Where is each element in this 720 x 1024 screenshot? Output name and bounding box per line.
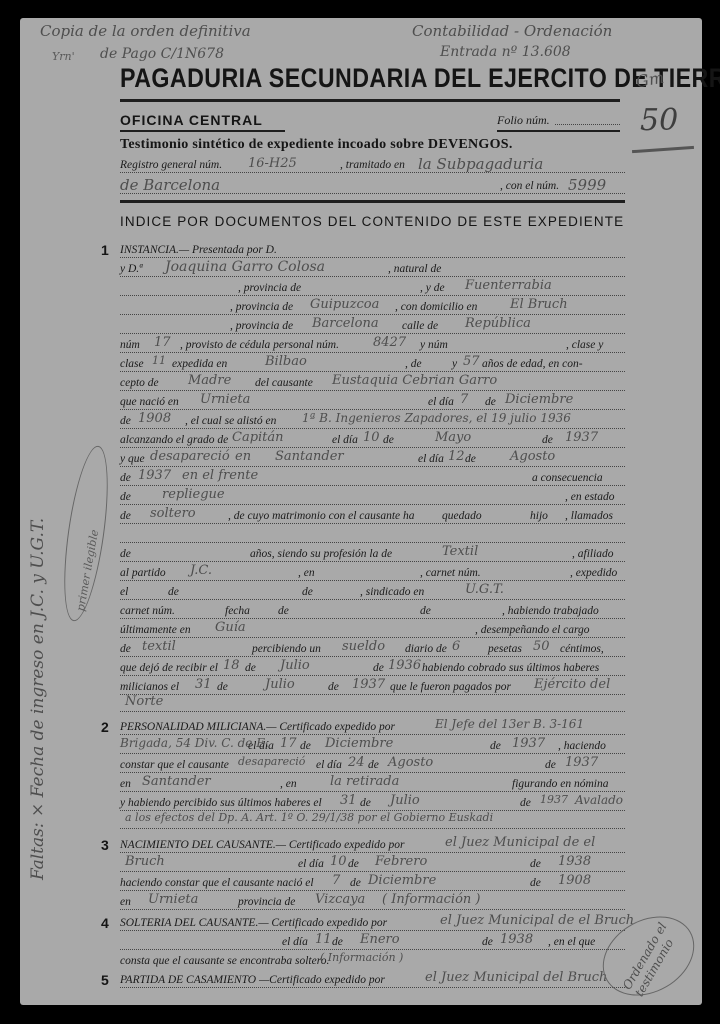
cert-year: 1938 (558, 854, 591, 869)
annotation-copy-order: Copia de la orden definitiva (40, 22, 251, 40)
label: de (278, 605, 289, 617)
mother-province: Guipuzcoa (310, 297, 379, 312)
dotted-line (120, 333, 625, 334)
cert-year: 1938 (500, 932, 533, 947)
label: expedida en (172, 358, 227, 370)
processed-in-city: de Barcelona (120, 176, 220, 194)
s3-row-3: haciendo constar que el causante nació e… (120, 877, 625, 893)
registry-rule (120, 200, 625, 203)
s1-row-18: al partido J.C. , en , carnet núm. , exp… (120, 567, 625, 583)
label: hijo (530, 510, 548, 522)
deceased-name: Eustaquia Cebrian Garro (332, 373, 497, 388)
s2-row-2: Brigada, 54 Div. C. de E. el día 17 de D… (120, 740, 625, 756)
label: el día (298, 858, 324, 870)
information-note: ( Información ) (320, 951, 403, 964)
label: de (300, 740, 311, 752)
label: , el cual se alistó en (185, 415, 276, 427)
s1-row-25: Norte (120, 698, 625, 714)
dotted-line (120, 987, 625, 988)
event: desapareció (150, 449, 230, 464)
label: de (302, 586, 313, 598)
rank-month: Mayo (435, 430, 471, 445)
mother-birthplace: Fuenterrabia (465, 278, 552, 293)
cert-month: Diciembre (325, 736, 393, 751)
label: el día (428, 396, 454, 408)
relationship: Madre (188, 373, 231, 388)
label: , clase y (566, 339, 603, 351)
label: de (120, 472, 131, 484)
dotted-line (120, 871, 625, 872)
dotted-line (120, 276, 625, 277)
s1-row-19: el de de , sindicado en U.G.T. (120, 586, 625, 602)
cert-month: Febrero (375, 854, 427, 869)
event-detail: en el frente (182, 468, 258, 483)
section-number-1: 1 (101, 242, 109, 258)
s1-row-3: , provincia de , y de Fuenterrabia (120, 282, 625, 298)
registry-secondary-number: 5999 (568, 176, 606, 194)
registry-row-1: Registro general núm. 16-H25 , tramitado… (120, 159, 625, 175)
dotted-line (120, 409, 625, 410)
label: que nació en (120, 396, 179, 408)
label: calle de (402, 320, 438, 332)
dotted-line (120, 711, 625, 712)
label: en (120, 896, 131, 908)
label: de (530, 858, 541, 870)
label: de (530, 877, 541, 889)
label: de (360, 797, 371, 809)
label: y núm (420, 339, 448, 351)
s4-row-2: el día 11 de Enero de 1938 , en el que (120, 936, 625, 952)
s2-row-6: a los efectos del Dp. A. Art. 1º O. 29/1… (120, 815, 625, 831)
birth-month: Diciembre (368, 873, 436, 888)
label: constar que el causante (120, 759, 229, 771)
label: cepto de (120, 377, 159, 389)
s1-row-23: que dejó de recibir el 18 de Julio de 19… (120, 662, 625, 678)
label: de (245, 662, 256, 674)
label: , en el que (548, 936, 595, 948)
s2-row-3: constar que el causante desapareció el d… (120, 759, 625, 775)
dotted-line (120, 295, 625, 296)
s1-row-17: de años, siendo su profesión la de Texti… (120, 548, 625, 564)
event-year: 1937 (565, 755, 598, 770)
dotted-line (120, 314, 625, 315)
party: J.C. (190, 563, 212, 578)
information-note: ( Información ) (382, 892, 480, 907)
folio-label: Folio núm. (497, 113, 550, 128)
label: , en estado (565, 491, 615, 503)
label: el (120, 586, 128, 598)
label: de (328, 681, 339, 693)
stamp-number: 50 (640, 103, 678, 138)
with-number-label: , con el núm. (500, 180, 559, 192)
s1-row-6: núm 17 , provisto de cédula personal núm… (120, 339, 625, 355)
job-position: textil (142, 639, 176, 654)
birth-day: 7 (460, 392, 468, 407)
dotted-line (120, 561, 625, 562)
issuer: El Jefe del 13er B. 3-161 (435, 717, 584, 731)
applicant-name: Joaquina Garro Colosa (165, 259, 325, 275)
dotted-line (120, 447, 625, 448)
dotted-line (120, 352, 625, 353)
last-workplace: Guía (215, 620, 246, 635)
s1-row-11: alcanzando el grado de Capitán el día 10… (120, 434, 625, 450)
s2-row-4: en Santander , en la retirada figurando … (120, 778, 625, 794)
label: de (542, 434, 553, 446)
label: años, siendo su profesión la de (250, 548, 392, 560)
label: de (332, 936, 343, 948)
event-day: 24 (348, 755, 365, 770)
dotted-line (120, 656, 625, 657)
label: habiendo cobrado sus últimos haberes (422, 662, 599, 674)
s1-row-5: , provincia de Barcelona calle de Repúbl… (120, 320, 625, 336)
issuer-cont: Brigada, 54 Div. C. de E. (120, 736, 269, 750)
dotted-line (120, 637, 625, 638)
label: y D.ª (120, 263, 142, 275)
label: , de (405, 358, 422, 370)
label: el día (332, 434, 358, 446)
s4-row-1: SOLTERIA DEL CAUSANTE.— Certificado expe… (120, 917, 625, 933)
label: de (120, 548, 131, 560)
militia-year: 1937 (352, 677, 385, 692)
registry-number: 16-H25 (248, 156, 297, 171)
birth-province: Vizcaya (315, 892, 365, 907)
label: , natural de (388, 263, 441, 275)
s1-row-22: de textil percibiendo un sueldo diario d… (120, 643, 625, 659)
label: , afiliado (572, 548, 614, 560)
label: de (368, 759, 379, 771)
label: el día (418, 453, 444, 465)
circumstance: la retirada (330, 774, 399, 789)
dotted-line (120, 694, 625, 695)
s1-row-1: INSTANCIA.— Presentada por D. (120, 244, 625, 260)
event-day: 12 (448, 449, 465, 464)
annotation-accounting: Contabilidad - Ordenación (412, 22, 612, 40)
s4-row-3: consta que el causante se encontraba sol… (120, 955, 625, 971)
rank: Capitán (232, 430, 284, 445)
s3-row-4: en Urnieta provincia de Vizcaya ( Inform… (120, 896, 625, 912)
s1-row-21: últimamente en Guía , desempeñando el ca… (120, 624, 625, 640)
label: y que (120, 453, 145, 465)
cert-day: 17 (280, 736, 297, 751)
cert-day: 10 (330, 854, 347, 869)
label: de (520, 797, 531, 809)
dotted-line (120, 580, 625, 581)
label: , en (298, 567, 315, 579)
s1-row-2: y D.ª Joaquina Garro Colosa , natural de (120, 263, 625, 279)
stop-day: 18 (223, 658, 240, 673)
stop-month: Julio (280, 658, 310, 673)
label: de (383, 434, 394, 446)
registry-row-2: de Barcelona , con el núm. 5999 (120, 180, 625, 196)
folio-field (555, 124, 620, 125)
label: , provisto de cédula personal núm. (180, 339, 339, 351)
label: , desempeñando el cargo (475, 624, 590, 636)
dotted-line (120, 772, 625, 773)
office-underline (120, 130, 285, 132)
processed-in: la Subpagaduria (418, 155, 543, 173)
street: República (465, 316, 531, 331)
dotted-line (120, 428, 625, 429)
label: figurando en nómina (512, 778, 608, 790)
label: a consecuencia (532, 472, 603, 484)
section-number-4: 4 (101, 915, 109, 931)
militia-day: 31 (195, 677, 212, 692)
marital-status: soltero (150, 506, 196, 521)
label: de (120, 415, 131, 427)
margin-note-faltas: Faltas: × Fecha de ingreso en J.C. y U.G… (28, 518, 48, 880)
dotted-line (120, 791, 625, 792)
label: del causante (255, 377, 313, 389)
label: de (350, 877, 361, 889)
salary-type: sueldo (342, 639, 385, 654)
label: de (482, 936, 493, 948)
age: 57 (463, 354, 480, 369)
label: carnet núm. (120, 605, 175, 617)
registry-dotted-line (120, 172, 625, 173)
id-card-number: 8427 (373, 335, 406, 350)
label: en (120, 778, 131, 790)
label: fecha (225, 605, 250, 617)
s5-row-1: PARTIDA DE CASAMIENTO —Certificado exped… (120, 974, 625, 990)
s1-row-13: de 1937 en el frente a consecuencia (120, 472, 625, 488)
label: , de cuyo matrimonio con el causante ha (228, 510, 415, 522)
label: de (217, 681, 228, 693)
label: céntimos, (560, 643, 604, 655)
section-heading-nacimiento: NACIMIENTO DEL CAUSANTE.— Certificado ex… (120, 839, 405, 851)
label: de (348, 858, 359, 870)
s1-row-8: cepto de Madre del causante Eustaquia Ce… (120, 377, 625, 393)
office-name: OFICINA CENTRAL (120, 112, 263, 128)
dotted-line (120, 852, 625, 853)
event-place: Santander (142, 774, 211, 789)
label: el día (248, 740, 274, 752)
dotted-line (120, 890, 625, 891)
label: percibiendo un (252, 643, 321, 655)
s1-row-15: de soltero , de cuyo matrimonio con el c… (120, 510, 625, 526)
event-year: 1937 (138, 468, 171, 483)
issuer: el Juez Municipal de el Bruch (440, 913, 634, 928)
paid-by-cont: Norte (125, 694, 163, 709)
label: , provincia de (230, 301, 293, 313)
dotted-line (120, 504, 625, 505)
event-month: Agosto (388, 755, 433, 770)
s1-row-14: de repliegue , en estado (120, 491, 625, 507)
section-number-5: 5 (101, 972, 109, 988)
label: y habiendo percibido sus últimos haberes… (120, 797, 322, 809)
s1-row-12: y que desapareció en Santander el día 12… (120, 453, 625, 469)
label: , en (280, 778, 297, 790)
registry-label: Registro general núm. (120, 159, 222, 171)
label: el día (316, 759, 342, 771)
title-rule (120, 99, 620, 102)
label: , expedido (570, 567, 617, 579)
label: núm (120, 339, 140, 351)
s1-row-9: que nació en Urnieta el día 7 de Diciemb… (120, 396, 625, 412)
cert-month: Enero (360, 932, 400, 947)
salary-pesetas: 6 (452, 639, 460, 654)
dotted-line (120, 618, 625, 619)
section-number-2: 2 (101, 719, 109, 735)
label: milicianos el (120, 681, 179, 693)
paid-by: Ejército del (534, 677, 610, 692)
section-heading-instancia: INSTANCIA.— Presentada por D. (120, 244, 277, 256)
annotation-entry-number: Entrada nº 13.608 (440, 44, 571, 60)
deceased-birthplace: Urnieta (200, 392, 250, 407)
label: que le fueron pagados por (390, 681, 511, 693)
label: , sindicado en (360, 586, 424, 598)
dotted-line (120, 371, 625, 372)
endorsement-note: a los efectos del Dp. A. Art. 1º O. 29/1… (125, 811, 493, 824)
section-heading-solteria: SOLTERIA DEL CAUSANTE.— Certificado expe… (120, 917, 387, 929)
event-place: Santander (275, 449, 344, 464)
dotted-line (120, 542, 625, 543)
issuer: el Juez Municipal de el (445, 835, 595, 850)
document-subtitle: Testimonio sintético de expediente incoa… (120, 137, 513, 153)
section-heading-casamiento: PARTIDA DE CASAMIENTO —Certificado exped… (120, 974, 385, 986)
section-heading-personalidad: PERSONALIDAD MILICIANA.— Certificado exp… (120, 721, 395, 733)
label: , llamados (565, 510, 613, 522)
dotted-line (120, 599, 625, 600)
issuer-cont: Bruch (125, 854, 165, 869)
label: años de edad, en con- (482, 358, 583, 370)
id-issued-in: Bilbao (265, 354, 307, 369)
label: clase (120, 358, 144, 370)
label: últimamente en (120, 624, 191, 636)
label: , con domicilio en (395, 301, 477, 313)
s1-row-24: milicianos el 31 de Julio de 1937 que le… (120, 681, 625, 697)
dotted-line (120, 523, 625, 524)
enlistment: 1ª B. Ingenieros Zapadores, el 19 julio … (302, 411, 571, 425)
label: al partido (120, 567, 166, 579)
dotted-line (120, 485, 625, 486)
dotted-line (120, 257, 625, 258)
pay-month: Julio (390, 793, 420, 808)
dotted-line (120, 909, 625, 910)
label: haciendo constar que el causante nació e… (120, 877, 314, 889)
domicile-province: Barcelona (312, 316, 379, 331)
label: provincia de (238, 896, 295, 908)
domicile: El Bruch (510, 297, 568, 312)
label: que dejó de recibir el (120, 662, 218, 674)
s3-row-2: Bruch el día 10 de Febrero de 1938 (120, 858, 625, 874)
birth-year: 1908 (138, 411, 171, 426)
union: U.G.T. (465, 582, 504, 597)
dotted-line (120, 753, 625, 754)
label: el día (282, 936, 308, 948)
annotation-payment-order: de Pago C/1N678 (100, 46, 224, 62)
militia-month: Julio (265, 677, 295, 692)
issuer: el Juez Municipal del Bruch (425, 970, 607, 985)
label: , carnet núm. (420, 567, 481, 579)
label: en (235, 449, 251, 464)
event: desapareció (238, 755, 305, 768)
dotted-line (120, 734, 625, 735)
s1-row-4: , provincia de Guipuzcoa , con domicilio… (120, 301, 625, 317)
label: alcanzando el grado de (120, 434, 228, 446)
label: de (120, 510, 131, 522)
label: de (168, 586, 179, 598)
label: , habiendo trabajado (502, 605, 599, 617)
endorsed: Avalado (575, 793, 623, 807)
label: diario de (405, 643, 447, 655)
label: , provincia de (230, 320, 293, 332)
street-number: 17 (154, 335, 171, 350)
birthplace: Urnieta (148, 892, 198, 907)
label: de (465, 453, 476, 465)
event-month: Agosto (510, 449, 555, 464)
label: de (120, 643, 131, 655)
rank-day: 10 (363, 430, 380, 445)
label: , provincia de (238, 282, 301, 294)
label: , haciendo (558, 740, 606, 752)
salary-centimos: 50 (533, 639, 550, 654)
rank-year: 1937 (565, 430, 598, 445)
dotted-line (120, 949, 625, 950)
label: de (420, 605, 431, 617)
cause: repliegue (162, 487, 225, 502)
page-title: PAGADURIA SECUNDARIA DEL EJERCITO DE TIE… (120, 63, 720, 94)
label: consta que el causante se encontraba sol… (120, 955, 329, 967)
id-class: 11 (152, 354, 166, 367)
label: de (373, 662, 384, 674)
index-title: INDICE POR DOCUMENTOS DEL CONTENIDO DE E… (120, 214, 624, 229)
birth-day: 7 (332, 873, 340, 888)
dotted-line (120, 675, 625, 676)
cert-year: 1937 (512, 736, 545, 751)
s2-row-1: PERSONALIDAD MILICIANA.— Certificado exp… (120, 721, 625, 737)
stop-year: 1936 (388, 658, 421, 673)
pay-year: 1937 (540, 793, 568, 806)
label: , y de (420, 282, 445, 294)
label: de (485, 396, 496, 408)
section-number-3: 3 (101, 837, 109, 853)
s1-row-16 (120, 529, 625, 545)
dotted-line (120, 930, 625, 931)
birth-month: Diciembre (505, 392, 573, 407)
label: de (490, 740, 501, 752)
annotation-small: Yrn' (52, 50, 75, 63)
folio-underline (497, 130, 620, 132)
s1-row-7: clase 11 expedida en Bilbao , de y 57 añ… (120, 358, 625, 374)
s1-row-20: carnet núm. fecha de de , habiendo traba… (120, 605, 625, 621)
processed-label: , tramitado en (340, 159, 405, 171)
label: y (452, 358, 457, 370)
dotted-line (120, 390, 625, 391)
label: quedado (442, 510, 482, 522)
label: pesetas (488, 643, 522, 655)
label: de (120, 491, 131, 503)
s3-row-1: NACIMIENTO DEL CAUSANTE.— Certificado ex… (120, 839, 625, 855)
dotted-line (120, 828, 625, 829)
label: de (545, 759, 556, 771)
birth-year: 1908 (558, 873, 591, 888)
s1-row-10: de 1908 , el cual se alistó en 1ª B. Ing… (120, 415, 625, 431)
cert-day: 11 (315, 932, 332, 947)
dotted-line (120, 466, 625, 467)
profession: Textil (442, 544, 478, 559)
pay-day: 31 (340, 793, 357, 808)
